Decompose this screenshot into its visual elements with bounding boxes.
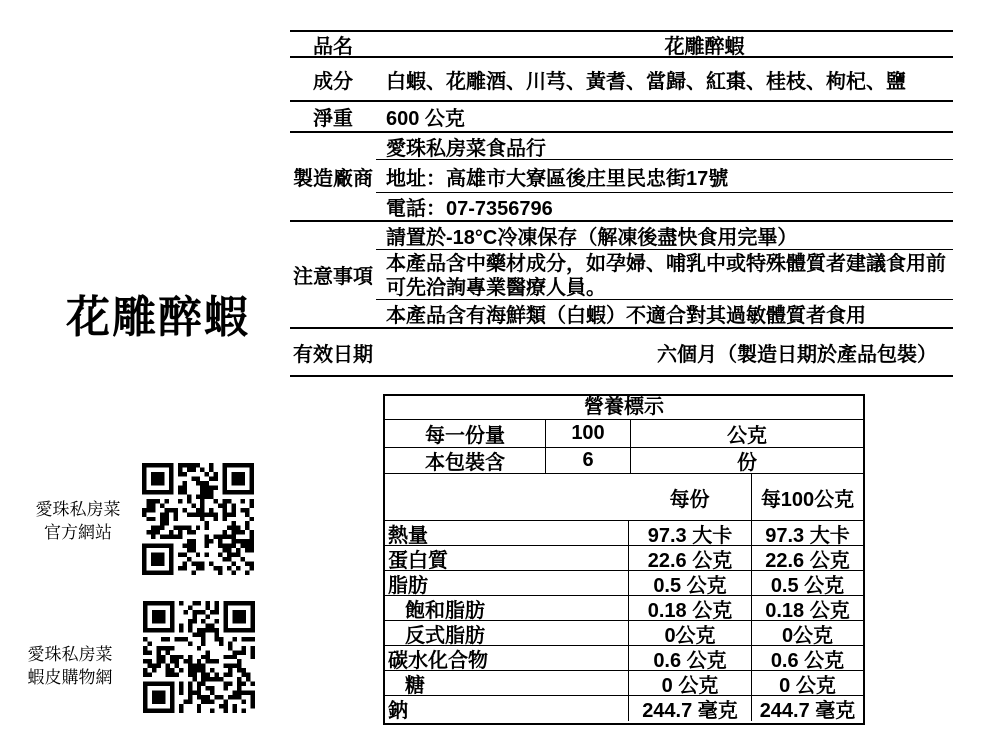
- package-label: 本包裝含: [385, 448, 546, 473]
- nutrient-label: 飽和脂肪: [385, 596, 628, 620]
- serving-size-value: 100: [546, 420, 631, 447]
- nutrition-row-trans-fat: 反式脂肪 0公克 0公克: [385, 621, 863, 646]
- manufacturer-phone: 電話：07-7356796: [376, 193, 953, 220]
- row-label: 有效日期: [290, 329, 376, 375]
- nutrient-label: 蛋白質: [385, 546, 628, 570]
- per-100g-value: 0 公克: [751, 671, 863, 695]
- row-expiry: 有效日期 六個月（製造日期於產品包裝）: [290, 329, 953, 377]
- qr-label-official-website: 愛珠私房菜 官方網站: [26, 499, 130, 545]
- product-name-value: 花雕醉蝦: [376, 32, 953, 56]
- per-100g-value: 97.3 大卡: [751, 521, 863, 545]
- per-100g-header: 每100公克: [751, 474, 863, 520]
- nutrition-row-sodium: 鈉 244.7 毫克 244.7 毫克: [385, 696, 863, 721]
- row-net-weight: 淨重 600 公克: [290, 102, 953, 133]
- row-label: 成分: [290, 58, 376, 100]
- manufacturer-address: 地址：高雄市大寮區後庄里民忠街17號: [376, 160, 953, 193]
- qr-label-line: 愛珠私房菜: [26, 499, 130, 522]
- row-label: 淨重: [290, 102, 376, 131]
- per-100g-value: 0公克: [751, 621, 863, 645]
- row-precautions: 注意事項 請置於-18°C冷凍保存（解凍後盡快食用完畢） 本產品含中藥材成分，如…: [290, 222, 953, 329]
- ingredients-value: 白蝦、花雕酒、川芎、黃耆、當歸、紅棗、桂枝、枸杞、鹽: [376, 58, 953, 100]
- nutrition-row-carbohydrate: 碳水化合物 0.6 公克 0.6 公克: [385, 646, 863, 671]
- nutrient-label: 反式脂肪: [385, 621, 628, 645]
- per-serving-value: 0.6 公克: [628, 646, 751, 670]
- nutrient-label: 碳水化合物: [385, 646, 628, 670]
- per-100g-value: 0.5 公克: [751, 571, 863, 595]
- manufacturer-name: 愛珠私房菜食品行: [376, 133, 953, 160]
- nutrient-label: 鈉: [385, 696, 628, 721]
- nutrition-table: 營養標示 每一份量 100 公克 本包裝含 6 份 每份 每100公克 熱量 9…: [383, 394, 865, 725]
- nutrition-row-protein: 蛋白質 22.6 公克 22.6 公克: [385, 546, 863, 571]
- qr-label-line: 官方網站: [26, 522, 130, 545]
- nutrition-title: 營養標示: [385, 396, 863, 420]
- nutrition-column-headers: 每份 每100公克: [385, 474, 863, 521]
- per-serving-value: 97.3 大卡: [628, 521, 751, 545]
- row-label: 注意事項: [290, 222, 376, 327]
- nutrient-label: 糖: [385, 671, 628, 695]
- per-100g-value: 0.18 公克: [751, 596, 863, 620]
- nutrition-row-calories: 熱量 97.3 大卡 97.3 大卡: [385, 521, 863, 546]
- per-serving-value: 0公克: [628, 621, 751, 645]
- qr-code-shopee-shop-icon: [143, 601, 255, 713]
- per-100g-value: 244.7 毫克: [751, 696, 863, 721]
- precaution-herbal: 本產品含中藥材成分，如孕婦、哺乳中或特殊體質者建議食用前可先洽詢專業醫療人員。: [376, 250, 953, 300]
- qr-label-line: 愛珠私房菜: [14, 644, 126, 667]
- nutrient-label: 脂肪: [385, 571, 628, 595]
- row-manufacturer: 製造廠商 愛珠私房菜食品行 地址：高雄市大寮區後庄里民忠街17號 電話：07-7…: [290, 133, 953, 222]
- row-product-name: 品名 花雕醉蝦: [290, 32, 953, 58]
- per-serving-value: 0.18 公克: [628, 596, 751, 620]
- product-label-sheet: 花雕醉蝦 愛珠私房菜 官方網站 愛珠私房菜 蝦皮購物網 品名 花雕醉蝦 成分 白…: [0, 0, 1000, 749]
- per-100g-value: 0.6 公克: [751, 646, 863, 670]
- row-label: 製造廠商: [290, 133, 376, 220]
- blank-header-cell: [385, 474, 628, 520]
- per-100g-value: 22.6 公克: [751, 546, 863, 570]
- nutrition-row-fat: 脂肪 0.5 公克 0.5 公克: [385, 571, 863, 596]
- per-serving-header: 每份: [628, 474, 751, 520]
- expiry-value: 六個月（製造日期於產品包裝）: [376, 329, 953, 375]
- serving-size-label: 每一份量: [385, 420, 546, 447]
- qr-label-line: 蝦皮購物網: [14, 667, 126, 690]
- net-weight-value: 600 公克: [376, 102, 953, 131]
- precaution-storage: 請置於-18°C冷凍保存（解凍後盡快食用完畢）: [376, 222, 953, 250]
- nutrition-row-saturated-fat: 飽和脂肪 0.18 公克 0.18 公克: [385, 596, 863, 621]
- serving-size-unit: 公克: [631, 420, 863, 447]
- row-label: 品名: [290, 32, 376, 56]
- precaution-allergen: 本產品含有海鮮類（白蝦）不適合對其過敏體質者食用: [376, 300, 953, 327]
- nutrition-row-sugar: 糖 0 公克 0 公克: [385, 671, 863, 696]
- servings-per-package-row: 本包裝含 6 份: [385, 448, 863, 474]
- serving-size-row: 每一份量 100 公克: [385, 420, 863, 448]
- qr-code-official-website-icon: [142, 463, 254, 575]
- nutrient-label: 熱量: [385, 521, 628, 545]
- product-title: 花雕醉蝦: [48, 281, 268, 345]
- per-serving-value: 244.7 毫克: [628, 696, 751, 721]
- per-serving-value: 22.6 公克: [628, 546, 751, 570]
- per-serving-value: 0.5 公克: [628, 571, 751, 595]
- per-serving-value: 0 公克: [628, 671, 751, 695]
- product-info-table: 品名 花雕醉蝦 成分 白蝦、花雕酒、川芎、黃耆、當歸、紅棗、桂枝、枸杞、鹽 淨重…: [290, 30, 953, 377]
- package-unit: 份: [631, 448, 863, 473]
- package-value: 6: [546, 448, 631, 473]
- qr-label-shopee-shop: 愛珠私房菜 蝦皮購物網: [14, 644, 126, 690]
- row-ingredients: 成分 白蝦、花雕酒、川芎、黃耆、當歸、紅棗、桂枝、枸杞、鹽: [290, 58, 953, 102]
